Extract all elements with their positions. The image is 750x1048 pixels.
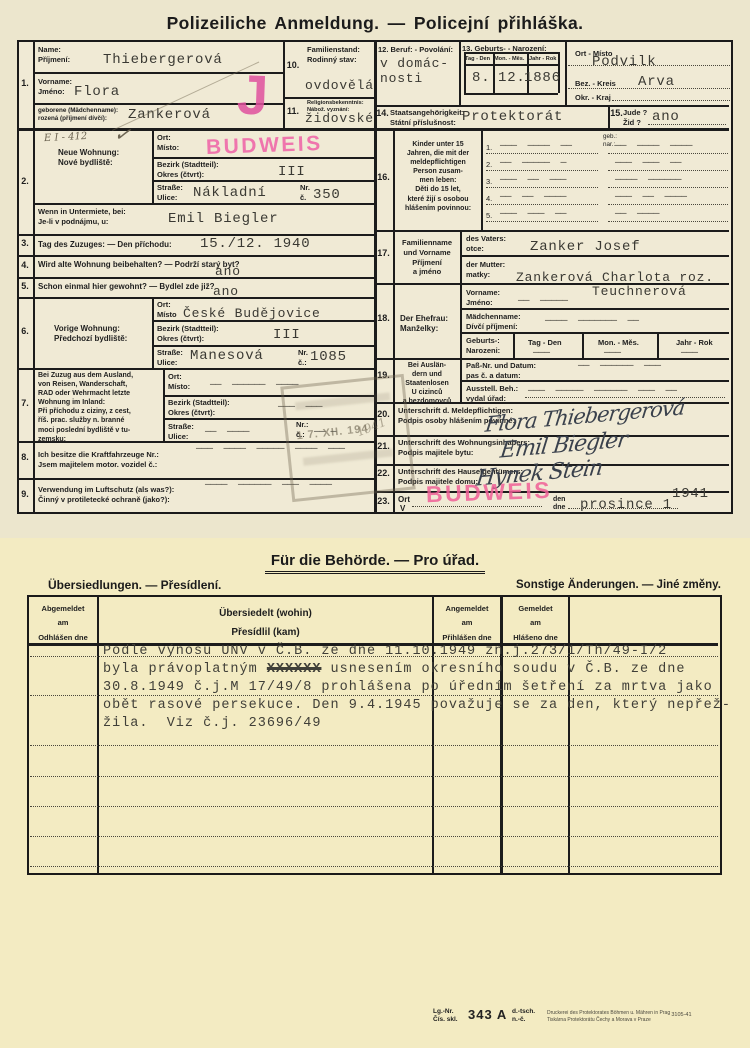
record-line-1: Podle výnosu UNV v Č.B. ze dne 11.10.194… (103, 644, 667, 659)
scanned-police-registration-form: Polizeiliche Anmeldung. — Policejní přih… (0, 0, 750, 1048)
child-4-dash2: ——— —— ———— (615, 192, 687, 203)
dotted-line (486, 153, 598, 154)
record-line-5: žila. Viz č.j. 23696/49 (103, 716, 321, 731)
grid-line (464, 64, 558, 66)
faint-office-stamp: 1 7. XII. 194 (280, 374, 415, 502)
birthplace-value: Podvilk (592, 54, 656, 70)
vater-label: des Vaters: otce: (466, 234, 506, 254)
s2-bezirk-label: Bezirk (Stadtteil): Okres (čtvrt): (157, 160, 219, 180)
s2-num: 2. (17, 176, 33, 186)
wife-mon-col: Mon. - Měs. (598, 338, 639, 348)
dotted-row (30, 836, 718, 837)
s10-num: 10. (284, 60, 302, 70)
dotted-line (486, 170, 598, 171)
name-label: Name: Příjmení: (38, 45, 70, 65)
s4-num: 4. (17, 260, 33, 270)
footer-lg-nr: Lg.-Nr. Čís. skl. (433, 1008, 458, 1025)
footer-dtsch: d.-tsch. n.-č. (512, 1008, 535, 1025)
wife-jahr-col: Jahr - Rok (676, 338, 713, 348)
date-year-value: 1941 (672, 486, 709, 502)
record-line-2b: usnesením okresního soudu v Č.B. ze dne (321, 662, 685, 677)
grid-line (152, 297, 154, 368)
jude-label: Jude ? Žid ? (623, 108, 647, 128)
col-uebersiedelt: Übersiedelt (wohin) Přesídlil (kam) (99, 604, 432, 642)
pencil-note: E I - 412 (44, 131, 88, 144)
jahr-rok-col: Jahr - Rok (529, 56, 556, 63)
grid-line (374, 105, 729, 107)
wife-vorname-label: Vorname: Jméno: (466, 288, 500, 308)
jude-j-stamp: J (236, 61, 269, 127)
dotted-line (568, 65, 730, 66)
date-month-value: prosince 1 (580, 497, 672, 513)
s6-bezirk-label: Bezirk (Stadtteil): Okres (čtvrt): (157, 324, 219, 344)
child-1-dash2: —— ———— ———— (615, 141, 692, 152)
untermiete-value: Emil Biegler (168, 211, 278, 227)
geburts-label: 13. Geburts- - Narození: (462, 44, 547, 54)
child-4-num: 4. (486, 194, 492, 204)
child-2-num: 2. (486, 160, 492, 170)
firstname-label: Vorname: Jméno: (38, 77, 72, 97)
dotted-line (568, 508, 678, 509)
s15-num: 15. (609, 108, 624, 118)
grid-line (459, 40, 461, 105)
child-2-dash: —— ————— — (500, 158, 566, 169)
ausland-label: Bei Zuzug aus dem Ausland, von Reisen, W… (38, 371, 133, 444)
grid-line (17, 277, 374, 279)
stamp-blur-bar (303, 448, 393, 465)
wife-geburts-label: Geburts-: Narozeni: (466, 336, 500, 356)
s7-ort-label: Ort: Místo: (168, 372, 190, 392)
uebersiedlungen-label: Übersiedlungen. — Přesídlení. (48, 578, 221, 592)
grid-line (657, 332, 659, 358)
dotted-row (30, 866, 718, 867)
maidenname-label: geborene (Mädchenname): rozená (příjmení… (38, 107, 118, 123)
child-3-num: 3. (486, 177, 492, 187)
grid-line (17, 297, 374, 299)
s2-strasse-label: Straße: Ulice: (157, 183, 183, 203)
s6-nr-value: 1085 (310, 349, 347, 365)
child-4-dash: —— —— ———— (500, 192, 566, 203)
kinder-label: Kinder unter 15 Jahren, die mit der meld… (398, 140, 478, 213)
wife-mon-dash: ——— (604, 348, 621, 359)
grid-line (565, 40, 567, 105)
child-3-dash2: ———— —————— (615, 175, 681, 186)
grid-line (152, 180, 374, 182)
s7-num: 7. (17, 398, 33, 408)
record-line-4: obět rasové persekuce. Den 9.4.1945 pova… (103, 698, 731, 713)
budweis-stamp-bottom: BUDWEIS (426, 477, 553, 508)
zuzug-label: Tag des Zuzuges: — Den příchodu: (38, 240, 172, 250)
s7-bezirk-label: Bezirk (Stadtteil): Okres (čtvrt): (168, 398, 230, 418)
wife-vorname-dashes: —— ————— (518, 296, 568, 307)
familienname-label: Familienname und Vorname Příjmení a jmén… (396, 238, 458, 277)
grid-line (464, 93, 558, 95)
dotted-line (608, 187, 728, 188)
tag-den-col: Tag - Den (465, 56, 490, 63)
alte-wohnung-label: Wird alte Wohnung beibehalten? — Podrží … (38, 260, 240, 270)
child-5-num: 5. (486, 211, 492, 221)
grid-line (481, 128, 483, 230)
alte-wohnung-value: ano (215, 264, 241, 279)
dotted-row (30, 776, 718, 777)
s6-ort-value: České Budějovice (183, 306, 321, 321)
okr-kraj-label: Okr. - Kraj (575, 93, 611, 103)
v-label: V (400, 504, 405, 514)
wife-maedchenname-dashes: ———— ——————— —— (545, 316, 639, 327)
child-1-num: 1. (486, 143, 492, 153)
pass-label: Paß-Nr. und Datum: pas č. a datum: (466, 361, 536, 381)
beruf-value: v domác- nosti (380, 56, 449, 86)
wife-maedchenname-label: Mädchenname: Dívčí příjmení: (466, 312, 521, 332)
behoerde-title: Für die Behörde. — Pro úřad. (265, 552, 485, 574)
kraftfahrzeuge-label: Ich besitze die Kraftfahrzeuge Nr.: Jsem… (38, 450, 159, 470)
religion-value: židovské (305, 111, 374, 126)
pass-dashes: —— —————— ——— (578, 361, 661, 372)
grid-line (17, 255, 374, 257)
ausstell-label: Ausstell. Beh.: vydal úřad: (466, 384, 518, 404)
vater-value: Zanker Josef (530, 239, 640, 255)
s3-num: 3. (17, 238, 33, 248)
dne-label: dne (553, 503, 565, 512)
s7-strasse-dashes: —— ———— (205, 427, 249, 438)
s2-ort-label: Ort: Místo: (157, 133, 179, 153)
s6-nr-label: Nr. č.: (298, 348, 308, 368)
untermiete-label: Wenn in Untermiete, bei: Je-li v podnájm… (38, 207, 126, 227)
s6-bezirk-value: III (273, 327, 301, 343)
schon-gewohnt-value: ano (213, 284, 239, 299)
page-title: Polizeiliche Anmeldung. — Policejní přih… (0, 13, 750, 34)
grid-line (582, 332, 584, 358)
record-line-2a: byla právoplatným (103, 662, 267, 677)
s11-num: 11. (284, 106, 302, 116)
record-line-2: byla právoplatným XXXXXX usnesením okres… (103, 662, 686, 677)
child-1-dash: ——— ———— —— (500, 141, 572, 152)
child-2-dash2: ——— ——— —— (615, 158, 681, 169)
s2-nr-value: 350 (313, 187, 341, 203)
s5-num: 5. (17, 281, 33, 291)
birth-year: 1886 (524, 70, 561, 86)
s6-num: 6. (17, 326, 33, 336)
grid-line (374, 230, 729, 232)
grid-line (460, 255, 729, 257)
footer-form-number: 343 A (468, 1007, 507, 1022)
s6-strasse-value: Manesová (190, 348, 264, 364)
s1-num: 1. (17, 78, 33, 88)
dotted-line (648, 124, 726, 125)
neue-wohnung-label: Neue Wohnung: Nové bydliště: (58, 148, 119, 169)
wife-jahr-dash: ——— (681, 348, 698, 359)
staat-label: Staatsangehörigkeit: Státní příslušnost: (390, 108, 464, 128)
s6-strasse-label: Straße: Ulice: (157, 348, 183, 368)
dotted-row (30, 806, 718, 807)
dotted-line (608, 221, 728, 222)
wife-tag-col: Tag - Den (528, 338, 562, 348)
grid-line (17, 368, 374, 370)
grid-line (460, 332, 729, 334)
dotted-row (30, 695, 718, 696)
col-gemeldet: Gemeldet am Hlášeno dne (503, 602, 568, 645)
s7-strasse-label: Straße: Ulice: (168, 422, 194, 442)
grid-line (152, 345, 374, 347)
grid-line (152, 130, 154, 203)
grid-line (513, 332, 515, 358)
record-struck-word: XXXXXX (267, 662, 322, 677)
schon-gewohnt-label: Schon einmal hier gewohnt? — Bydlel zde … (38, 282, 214, 292)
s2-strasse-value: Nákladní (193, 185, 267, 201)
wife-tag-dash: ——— (533, 348, 550, 359)
birth-month: 12. (498, 70, 526, 86)
s2-bezirk-value: III (278, 164, 306, 180)
jude-value: ano (652, 109, 680, 125)
budweis-stamp-top: BUDWEIS (206, 132, 323, 160)
mutter-value: Zankerová Charlota roz. (516, 270, 714, 285)
mutter-value-overflow: Teuchnerová (592, 284, 687, 299)
grid-line (283, 97, 374, 99)
dotted-row (30, 745, 718, 746)
grid-line (568, 595, 570, 874)
staat-value: Protektorát (462, 109, 563, 125)
luftschutz-label: Verwendung im Luftschutz (als was?): Čin… (38, 485, 174, 505)
sonstige-label: Sonstige Änderungen. — Jiné změny. (516, 579, 721, 591)
footer-print-code: - 3105-41 (668, 1012, 692, 1019)
s8-num: 8. (17, 452, 33, 462)
familienstand-label: Familienstand: Rodinný stav: (307, 45, 360, 65)
dotted-line (525, 397, 725, 398)
dotted-line (486, 187, 598, 188)
dotted-line (486, 221, 598, 222)
ausstell-dashes: ——— ————— —————— ——— —— (528, 386, 677, 397)
grid-line (374, 358, 729, 360)
beruf-label: 12. Beruf: - Povolání: (378, 45, 453, 55)
dotted-line (612, 100, 730, 101)
birth-day: 8. (472, 70, 490, 86)
dotted-line (608, 153, 728, 154)
behoerde-title-wrap: Für die Behörde. — Pro úřad. (0, 552, 750, 570)
child-5-dash2: —— ———— (615, 209, 659, 220)
footer-printer: Druckerei des Protektorates Böhmen u. Mä… (547, 1010, 670, 1023)
vorige-wohnung-label: Vorige Wohnung: Předchozí bydliště: (54, 324, 127, 345)
maidenname-value: Zankerová (128, 107, 211, 123)
s16-num: 16. (374, 172, 393, 182)
zuzug-value: 15./12. 1940 (200, 236, 310, 252)
mutter-label: der Mutter: matky: (466, 260, 505, 280)
s14-num: 14. (375, 108, 390, 118)
dotted-line (486, 204, 598, 205)
child-3-dash: ——— —— ——— (500, 175, 566, 186)
s18-num: 18. (374, 313, 393, 323)
s6-ort-label: Ort: Místo (157, 300, 177, 320)
firstname-value: Flora (74, 84, 120, 100)
stamp-blur-bar (295, 392, 390, 410)
s2-nr-label: Nr. č. (300, 183, 310, 203)
mon-mes-col: Mon. - Měs. (494, 56, 524, 63)
familienstand-value: ovdovělá (305, 78, 374, 93)
dotted-line (568, 88, 730, 89)
dotted-line (608, 204, 728, 205)
record-line-3: 30.8.1949 č.j.M 17/49/8 prohlášena po úř… (103, 680, 713, 695)
grid-line (17, 234, 374, 236)
grid-line (33, 203, 374, 205)
child-5-dash: ——— ——— —— (500, 209, 566, 220)
grid-line (163, 368, 165, 441)
col-angemeldet: Angemeldet am Přihlášen dne (434, 602, 500, 645)
s9-num: 9. (17, 489, 33, 499)
surname-value: Thiebergerová (103, 52, 223, 68)
ehefrau-label: Der Ehefrau: Manželky: (400, 314, 448, 335)
s23-num: 23. (374, 496, 393, 506)
dotted-line (608, 170, 728, 171)
s17-num: 17. (374, 248, 393, 258)
col-abgemeldet: Abgemeldet am Odhlášen dne (29, 602, 97, 645)
grid-line (460, 308, 729, 310)
